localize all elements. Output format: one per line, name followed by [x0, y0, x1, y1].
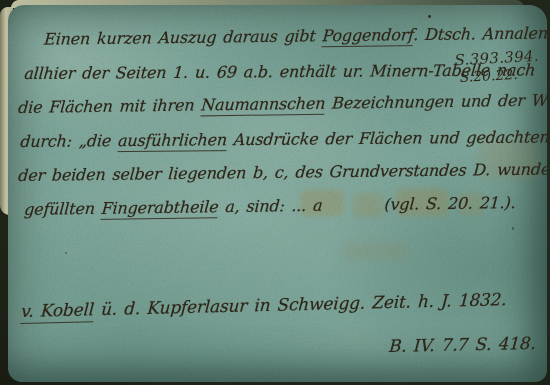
text-segment: Bezeichnungen und der Winkel, sagt er [325, 89, 547, 113]
note-card: Einen kurzen Auszug daraus gibt Poggendo… [8, 5, 547, 382]
text-segment: Ausdrücke der Flächen und gedachten Thei… [226, 127, 547, 149]
text-segment: der beiden selber liegenden b, c, des Gr… [18, 158, 547, 185]
ink-speck [512, 227, 514, 230]
handwritten-line: v. Kobell ü. d. Kupferlasur in Schweigg.… [20, 282, 545, 330]
text-segment: ü. d. Kupferlasur in Schweigg. Zeit. h. … [93, 290, 507, 320]
citation-text: v. Kobell ü. d. Kupferlasur in Schweigg.… [20, 295, 543, 365]
text-segment: durch: „die [20, 131, 119, 151]
text-segment: (vgl. S. 20. 21.). [384, 193, 516, 214]
margin-page-ref: S.20.22. [455, 67, 518, 86]
handwritten-line: gefüllten Fingerabtheile a, sind: ... a(… [17, 186, 545, 227]
handwritten-line: B. IV. 7.7 S. 418. [388, 327, 545, 365]
text-segment: die Flächen mit ihren [18, 95, 203, 117]
text-segment: . Dtsch. Annalen, 1831,7. [413, 23, 547, 45]
ink-speck [65, 252, 67, 254]
handwritten-line: die Flächen mit ihren Naumannschen Bezei… [17, 84, 545, 125]
margin-page-refs: S.393.394. S.20.22. [454, 47, 540, 86]
ink-bleedthrough [343, 243, 407, 259]
margin-page-ref: S.393.394. [454, 47, 539, 69]
underlined-word: Naumannschen [201, 94, 327, 117]
underlined-word: Fingerabtheile [101, 197, 219, 220]
underlined-word: v. Kobell [20, 300, 94, 324]
text-segment: a, sind: ... a [218, 196, 323, 216]
underlined-word: Poggendorf [322, 25, 414, 47]
photo-background: Einen kurzen Auszug daraus gibt Poggendo… [0, 0, 550, 385]
underlined-word: ausführlichen [117, 130, 228, 152]
text-segment: Einen kurzen Auszug daraus gibt [44, 26, 324, 48]
text-segment: B. IV. 7.7 S. 418. [389, 334, 537, 357]
text-segment: gefüllten [24, 199, 103, 219]
